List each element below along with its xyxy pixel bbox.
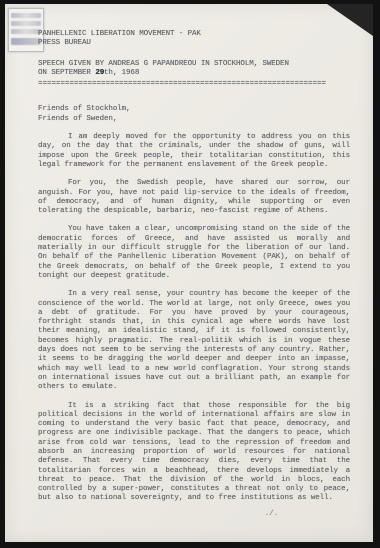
speech-title-line2: ON SEPTEMBER 29th, 1968 [38, 69, 350, 78]
paragraph: For you, the Swedish people, have shared… [38, 179, 350, 216]
date-day-overstrike: 29 [95, 69, 104, 77]
salutation: Friends of Stockholm, Friends of Sweden, [38, 105, 350, 124]
paragraph: It is a striking fact that those respons… [38, 402, 350, 504]
salutation-line: Friends of Sweden, [38, 115, 350, 124]
date-suffix: th, 1968 [104, 69, 139, 77]
paragraph: I am deeply moved for the opportunity to… [38, 133, 350, 170]
continuation-mark: ./. [38, 510, 350, 519]
document-page: PANHELLENIC LIBERATION MOVEMENT - PAK PR… [5, 4, 373, 542]
date-prefix: ON SEPTEMBER [38, 69, 95, 77]
typewritten-text: PANHELLENIC LIBERATION MOVEMENT - PAK PR… [38, 30, 350, 519]
paragraph: You have taken a clear, uncompromising s… [38, 225, 350, 281]
department-name: PRESS BUREAU [38, 39, 350, 48]
photographed-document: PANHELLENIC LIBERATION MOVEMENT - PAK PR… [0, 0, 380, 548]
organization-name: PANHELLENIC LIBERATION MOVEMENT - PAK [38, 30, 350, 39]
separator-line: ========================================… [38, 80, 350, 89]
speech-title: SPEECH GIVEN BY ANDREAS G PAPANDREOU IN … [38, 60, 350, 90]
salutation-line: Friends of Stockholm, [38, 105, 350, 114]
speech-title-line1: SPEECH GIVEN BY ANDREAS G PAPANDREOU IN … [38, 60, 350, 69]
paragraph: In a very real sense, your country has b… [38, 290, 350, 392]
